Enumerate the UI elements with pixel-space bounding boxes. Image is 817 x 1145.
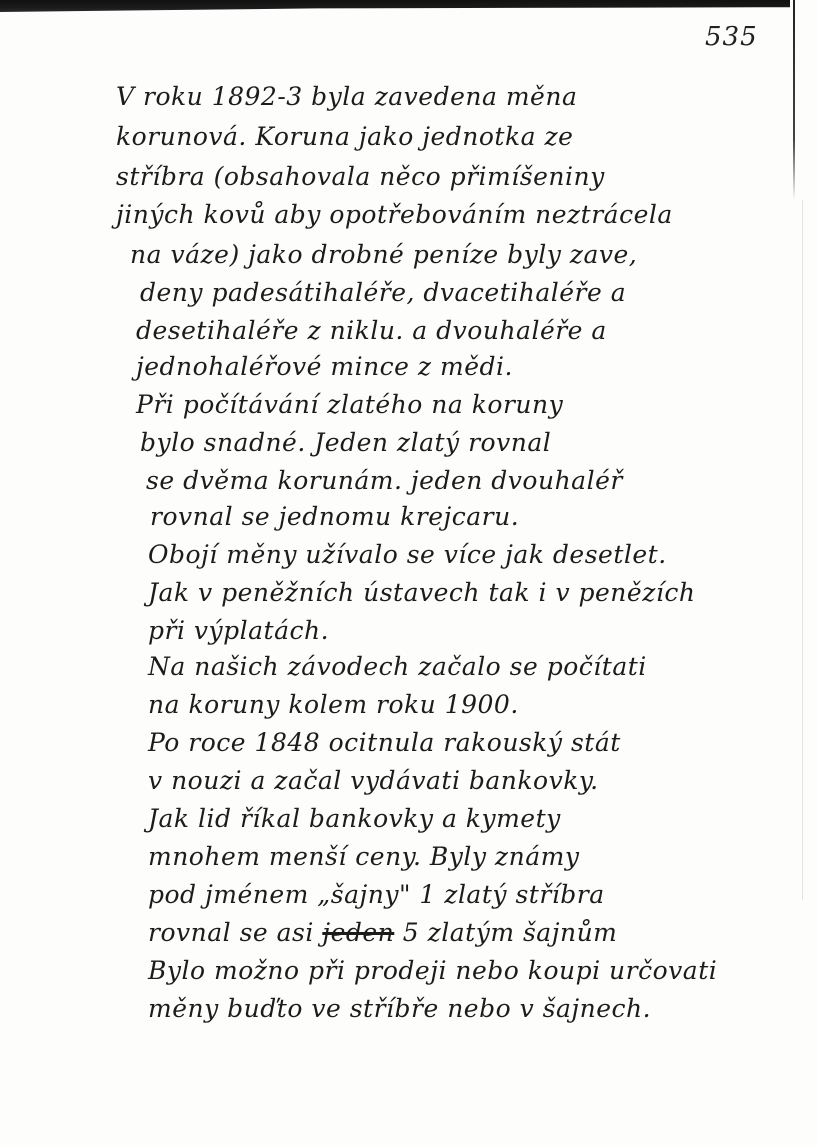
manuscript-line: bylo snadné. Jeden zlatý rovnal <box>140 428 551 457</box>
manuscript-line: Po roce 1848 ocitnula rakouský stát <box>148 728 621 757</box>
manuscript-line: deny padesátihaléře, dvacetihaléře a <box>140 278 626 307</box>
manuscript-line: v nouzi a začal vydávati bankovky. <box>148 766 599 795</box>
manuscript-line: Obojí měny užívalo se více jak desetlet. <box>148 540 667 569</box>
manuscript-line: na váze) jako drobné peníze byly zave, <box>130 240 637 269</box>
manuscript-line: pod jménem „šajny" 1 zlatý stříbra <box>148 880 605 909</box>
manuscript-line: Jak lid říkal bankovky a kymety <box>148 804 561 833</box>
manuscript-line: V roku 1892-3 byla zavedena měna <box>116 82 577 111</box>
manuscript-line-with-strikethrough: rovnal se asi jeden 5 zlatým šajnům <box>148 918 617 947</box>
scan-top-shadow <box>0 0 790 12</box>
struck-out-word: jeden <box>322 918 394 947</box>
line-text: rovnal se asi <box>148 918 314 947</box>
line-text-tail: 5 zlatým šajnům <box>403 918 618 947</box>
page-number: 535 <box>705 22 758 52</box>
manuscript-line: Jak v peněžních ústavech tak i v penězíc… <box>148 578 695 607</box>
scanned-manuscript-page: 535 V roku 1892-3 byla zavedena měna kor… <box>0 0 817 1145</box>
manuscript-line: při výplatách. <box>148 616 329 645</box>
manuscript-line: jiných kovů aby opotřebováním neztrácela <box>116 200 673 229</box>
manuscript-line: jednohaléřové mince z mědi. <box>136 352 513 381</box>
manuscript-line: měny buďto ve stříbře nebo v šajnech. <box>148 994 651 1023</box>
manuscript-line: Bylo možno při prodeji nebo koupi určova… <box>148 956 717 985</box>
manuscript-line: desetihaléře z niklu. a dvouhaléře a <box>136 316 607 345</box>
manuscript-line: Při počítávání zlatého na koruny <box>136 390 563 419</box>
manuscript-line: mnohem menší ceny. Byly známy <box>148 842 579 871</box>
manuscript-line: se dvěma korunám. jeden dvouhaléř <box>146 466 623 495</box>
manuscript-line: korunová. Koruna jako jednotka ze <box>116 122 573 151</box>
manuscript-line: rovnal se jednomu krejcaru. <box>150 502 519 531</box>
scan-right-border <box>793 0 795 200</box>
manuscript-line: Na našich závodech začalo se počítati <box>148 652 647 681</box>
manuscript-line: stříbra (obsahovala něco přimíšeniny <box>116 162 605 191</box>
scan-right-faint-border <box>802 200 803 900</box>
manuscript-line: na koruny kolem roku 1900. <box>148 690 519 719</box>
